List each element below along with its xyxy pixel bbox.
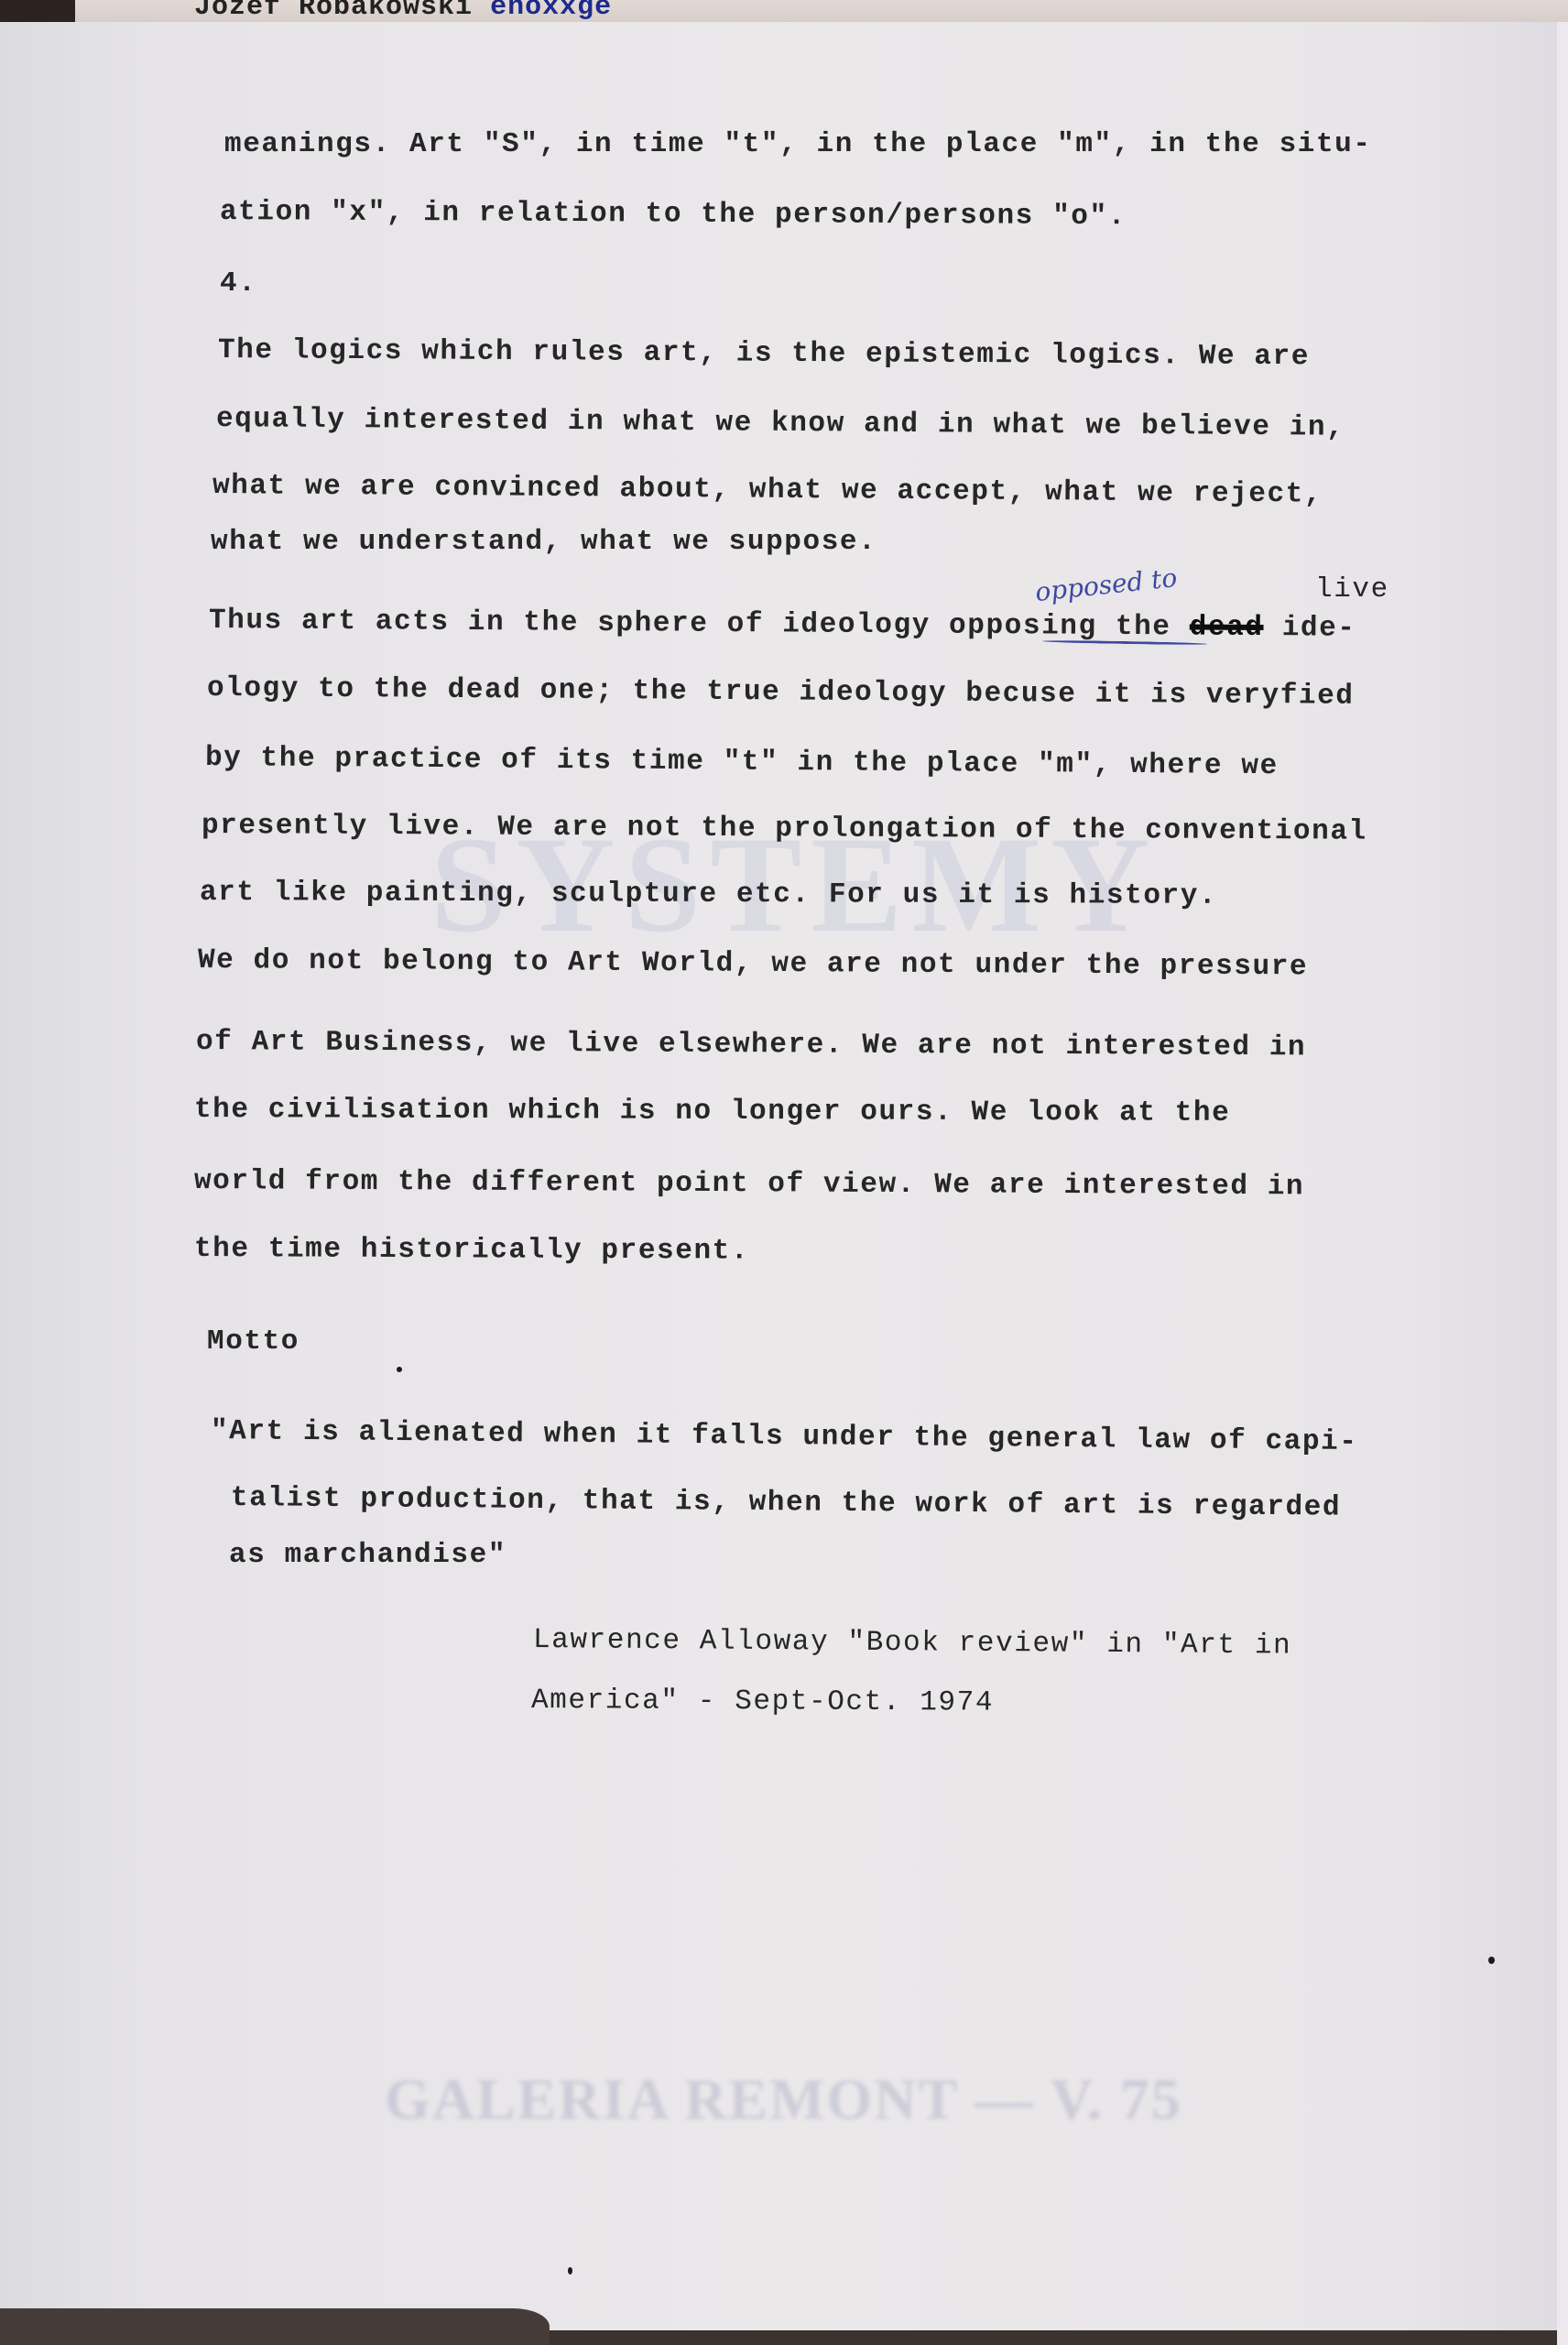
struck-header-text: enoxxge	[490, 0, 612, 23]
text-line: the time historically present.	[194, 1233, 749, 1268]
ink-speck	[397, 1367, 402, 1372]
quote-line: as marchandise"	[229, 1539, 506, 1571]
text-line: presently live. We are not the prolongat…	[201, 810, 1367, 848]
background-shadow	[0, 2308, 550, 2345]
citation-line: America" - Sept-Oct. 1974	[531, 1685, 994, 1719]
text-line: We do not belong to Art World, we are no…	[198, 944, 1308, 983]
author-header: Józef Robakowski enoxxge	[194, 0, 612, 23]
ink-speck	[568, 2267, 572, 2274]
line-end: ide-	[1263, 612, 1356, 645]
text-line: ation "x", in relation to the person/per…	[220, 196, 1127, 233]
page-edge	[1557, 22, 1568, 2345]
text-line: what we understand, what we suppose.	[211, 526, 877, 558]
author-name: Józef Robakowski	[194, 0, 473, 23]
typed-correction: live	[1315, 573, 1389, 605]
gallery-stamp-watermark: GALERIA REMONT — V. 75	[385, 2066, 1182, 2133]
text-line: the civilisation which is no longer ours…	[194, 1094, 1230, 1129]
text-line: of Art Business, we live elsewhere. We a…	[196, 1026, 1306, 1063]
section-number: 4.	[220, 267, 256, 300]
line-mid: the	[1097, 611, 1190, 644]
line-prefix: Thus art acts in the sphere of ideology	[209, 605, 949, 642]
text-line: world from the different point of view. …	[194, 1165, 1304, 1203]
citation-line: Lawrence Alloway "Book review" in "Art i…	[533, 1624, 1292, 1663]
motto-heading: Motto	[207, 1325, 299, 1358]
text-line: art like painting, sculpture etc. For us…	[200, 877, 1217, 912]
underlined-word: opposing	[949, 610, 1097, 643]
ink-speck	[1488, 1957, 1495, 1964]
text-line: meanings. Art "S", in time "t", in the p…	[224, 128, 1372, 160]
struck-word: dead	[1190, 611, 1264, 644]
text-line: The logics which rules art, is the epist…	[218, 334, 1310, 373]
previous-page-strip: Józef Robakowski enoxxge	[0, 0, 1568, 24]
